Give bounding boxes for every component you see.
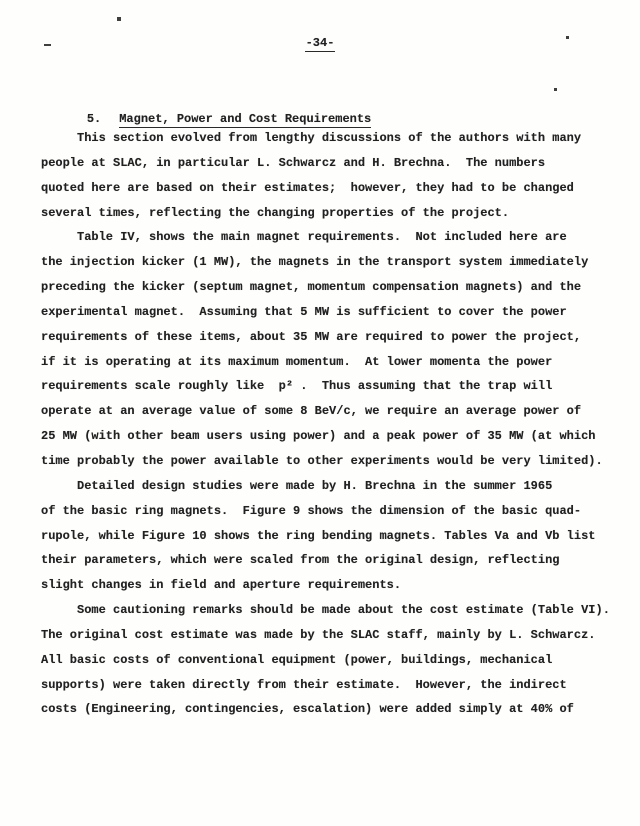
text-line: Detailed design studies were made by H. … [41, 474, 616, 499]
text-line: if it is operating at its maximum moment… [41, 350, 616, 375]
text-line: All basic costs of conventional equipmen… [41, 648, 616, 673]
text-line: operate at an average value of some 8 Be… [41, 399, 616, 424]
page-number: -34- [0, 36, 640, 52]
text-line: preceding the kicker (septum magnet, mom… [41, 275, 616, 300]
text-line: The original cost estimate was made by t… [41, 623, 616, 648]
text-line: time probably the power available to oth… [41, 449, 616, 474]
text-line: their parameters, which were scaled from… [41, 548, 616, 573]
text-line: 25 MW (with other beam users using power… [41, 424, 616, 449]
page-number-text: -34- [305, 36, 336, 52]
text-line: Table IV, shows the main magnet requirem… [41, 225, 616, 250]
text-line: of the basic ring magnets. Figure 9 show… [41, 499, 616, 524]
text-line: slight changes in field and aperture req… [41, 573, 616, 598]
text-line: This section evolved from lengthy discus… [41, 126, 616, 151]
text-line: requirements scale roughly like p² . Thu… [41, 374, 616, 399]
text-line: requirements of these items, about 35 MW… [41, 325, 616, 350]
text-line: people at SLAC, in particular L. Schwarc… [41, 151, 616, 176]
text-line: Some cautioning remarks should be made a… [41, 598, 616, 623]
text-line: supports) were taken directly from their… [41, 673, 616, 698]
scan-speck [554, 88, 557, 91]
text-line: the injection kicker (1 MW), the magnets… [41, 250, 616, 275]
section-number: 5. [87, 112, 101, 126]
text-line: costs (Engineering, contingencies, escal… [41, 697, 616, 722]
text-line: rupole, while Figure 10 shows the ring b… [41, 524, 616, 549]
text-line: quoted here are based on their estimates… [41, 176, 616, 201]
scanned-report-page: -34- 5.Magnet, Power and Cost Requiremen… [0, 0, 640, 826]
body-text: This section evolved from lengthy discus… [41, 126, 616, 722]
scan-speck [117, 17, 121, 21]
text-line: several times, reflecting the changing p… [41, 201, 616, 226]
text-line: experimental magnet. Assuming that 5 MW … [41, 300, 616, 325]
